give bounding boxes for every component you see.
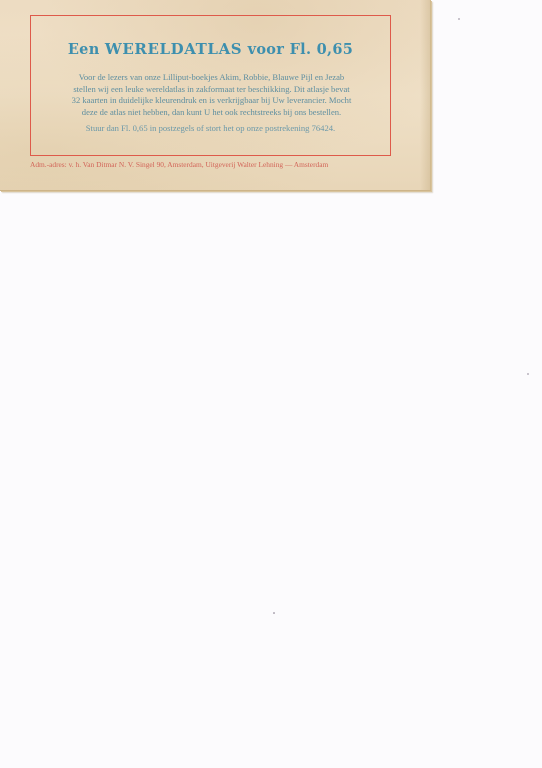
scan-speck [527,373,529,375]
booklet-back-cover: Een WERELDATLAS voor Fl. 0,65 Voor de le… [0,0,431,191]
ad-title-caps: WERELDATLAS [105,40,242,58]
ad-title-suffix: voor Fl. 0,65 [248,41,354,58]
ad-body-line: deze de atlas niet hebben, dan kunt U he… [39,107,384,119]
ad-title-prefix: Een [68,41,100,58]
ad-order-instructions: Stuur dan Fl. 0,65 in postzegels of stor… [31,123,390,133]
scan-speck [273,612,275,614]
ad-title: Een WERELDATLAS voor Fl. 0,65 [31,40,390,58]
scanned-page: Een WERELDATLAS voor Fl. 0,65 Voor de le… [0,0,542,768]
ad-body-line: Voor de lezers van onze Lilliput-boekjes… [39,72,384,84]
ad-body-line: stellen wij een leuke wereldatlas in zak… [39,84,384,96]
ad-body-line: 32 kaarten in duidelijke kleurendruk en … [39,95,384,107]
advertisement-box: Een WERELDATLAS voor Fl. 0,65 Voor de le… [30,15,391,156]
ad-body: Voor de lezers van onze Lilliput-boekjes… [39,72,384,118]
publisher-address: Adm.-adres: v. h. Van Ditmar N. V. Singe… [30,160,392,169]
scan-speck [458,18,460,20]
